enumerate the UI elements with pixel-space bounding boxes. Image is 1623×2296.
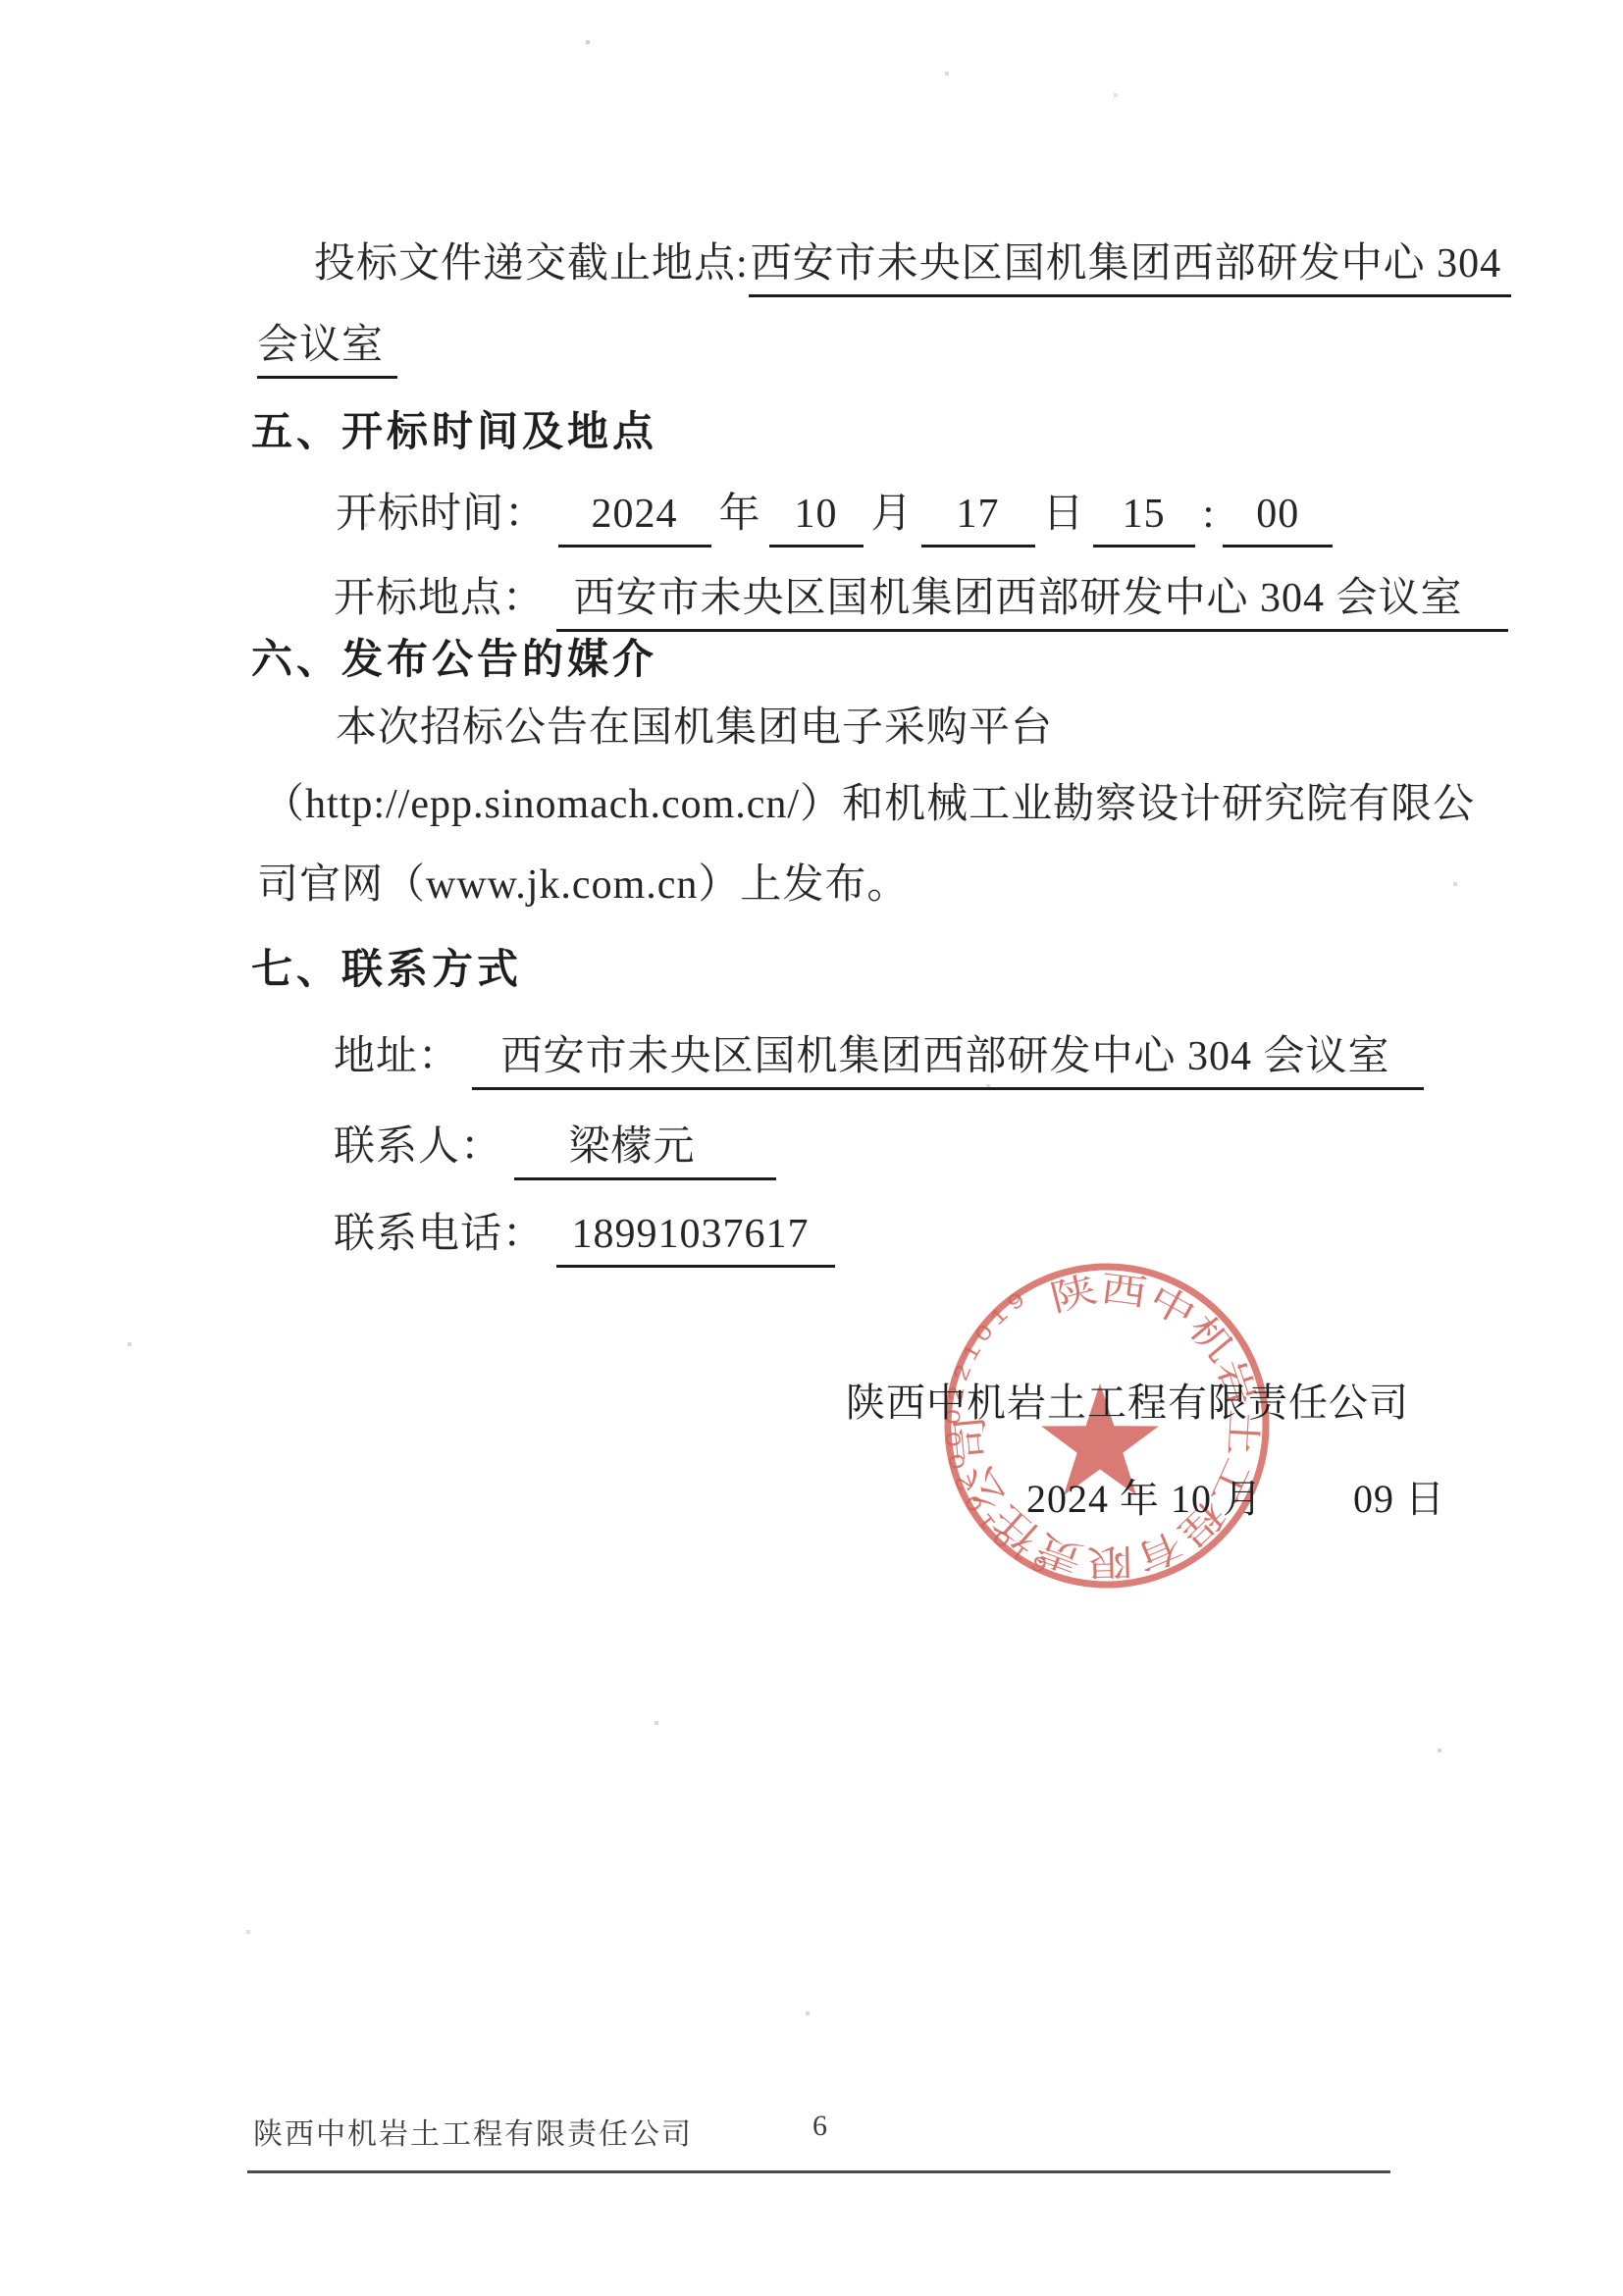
contact-phone-label: 联系电话： (334, 1212, 545, 1257)
announcement-media-line1: 本次招标公告在国机集团电子采购平台 (336, 704, 1053, 752)
contact-person-value: 梁檬元 (514, 1123, 776, 1180)
section-seven-heading: 七、联系方式 (251, 946, 522, 993)
opening-time-hour: 15 (1093, 491, 1195, 548)
opening-place-value: 西安市未央区国机集团西部研发中心 304 会议室 (556, 575, 1508, 632)
document-page: 投标文件递交截止地点:西安市未央区国机集团西部研发中心 304 会议室 五、开标… (0, 0, 1623, 2296)
section-six-heading: 六、发布公告的媒介 (251, 636, 657, 683)
deadline-location-line1: 投标文件递交截止地点:西安市未央区国机集团西部研发中心 304 (314, 240, 1511, 297)
opening-time-label: 开标时间： (336, 492, 547, 537)
deadline-label: 投标文件递交截止地点: (314, 241, 749, 287)
footer-page-number: 6 (812, 2110, 829, 2143)
opening-time-month: 10 (769, 491, 864, 548)
day-unit: 日 (1043, 491, 1085, 538)
deadline-location-line2: 会议室 (257, 322, 397, 379)
section-five-heading: 五、开标时间及地点 (251, 408, 657, 455)
scan-noise (0, 0, 2, 2)
opening-place-label: 开标地点： (334, 576, 545, 621)
address-value: 西安市未央区国机集团西部研发中心 304 会议室 (472, 1033, 1424, 1090)
bid-opening-time-line: 开标时间： 2024年10月17日15:00 (336, 491, 1333, 548)
opening-time-year: 2024 (558, 491, 711, 548)
month-unit: 月 (871, 491, 914, 538)
contact-person-line: 联系人： 梁檬元 (334, 1123, 776, 1180)
bid-opening-place-line: 开标地点： 西安市未央区国机集团西部研发中心 304 会议室 (334, 575, 1508, 632)
time-colon: : (1203, 491, 1216, 538)
opening-time-day: 17 (921, 491, 1035, 548)
signature-date-part2: 09 日 (1353, 1468, 1445, 1524)
announcement-media-line3: 司官网（www.jk.com.cn）上发布。 (257, 861, 909, 909)
address-label: 地址： (334, 1034, 460, 1079)
address-line: 地址： 西安市未央区国机集团西部研发中心 304 会议室 (334, 1033, 1424, 1090)
contact-phone-line: 联系电话： 18991037617 (334, 1211, 835, 1268)
footer-company: 陕西中机岩土工程有限责任公司 (253, 2110, 693, 2153)
year-unit: 年 (719, 491, 761, 538)
signature-date-part1: 2024 年 10 月 (1026, 1477, 1263, 1521)
announcement-media-line2: （http://epp.sinomach.com.cn/）和机械工业勘察设计研究… (263, 781, 1475, 828)
signature-date: 2024 年 10 月09 日 (1026, 1468, 1445, 1524)
opening-time-minute: 00 (1223, 491, 1333, 548)
deadline-value-part1: 西安市未央区国机集团西部研发中心 304 (749, 240, 1512, 297)
deadline-value-part2: 会议室 (257, 322, 397, 379)
contact-person-label: 联系人： (334, 1124, 502, 1170)
signature-company: 陕西中机岩土工程有限责任公司 (846, 1372, 1409, 1428)
footer-divider (247, 2170, 1390, 2173)
contact-phone-value: 18991037617 (556, 1211, 835, 1268)
